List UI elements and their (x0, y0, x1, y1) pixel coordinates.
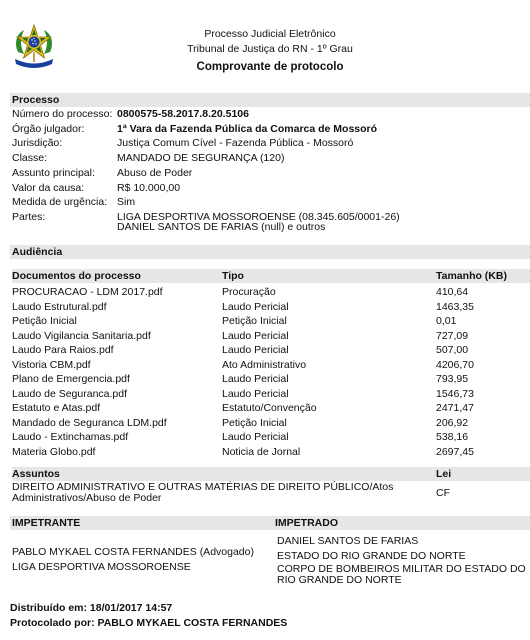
impetrante-title: IMPETRANTE (12, 516, 80, 530)
table-row: Vistoria CBM.pdfAto Administrativo4206,7… (12, 358, 530, 372)
document-type: Laudo Pericial (222, 300, 289, 314)
document-type: Laudo Pericial (222, 343, 289, 357)
impetrado-title: IMPETRADO (275, 516, 338, 530)
table-row: Plano de Emergencia.pdfLaudo Pericial793… (12, 372, 530, 386)
document-size: 727,09 (436, 329, 468, 343)
document-type: Laudo Pericial (222, 329, 289, 343)
distribuido-em: Distribuído em: 18/01/2017 14:57 (10, 601, 172, 615)
impetrado-item: DANIEL SANTOS DE FARIAS (277, 534, 418, 548)
document-size: 206,92 (436, 416, 468, 430)
table-row: Laudo de Seguranca.pdfLaudo Pericial1546… (12, 387, 530, 401)
document-size: 538,16 (436, 430, 468, 444)
col-tamanho: Tamanho (KB) (436, 269, 507, 283)
field-label: Valor da causa: (12, 181, 84, 195)
document-type: Laudo Pericial (222, 387, 289, 401)
table-row: Laudo - Extinchamas.pdfLaudo Pericial538… (12, 430, 530, 444)
field-label: Jurisdição: (12, 136, 62, 150)
field-label: Classe: (12, 151, 47, 165)
lei-value: CF (436, 486, 450, 500)
document-size: 507,00 (436, 343, 468, 357)
document-type: Petição Inicial (222, 314, 287, 328)
document-type: Procuração (222, 285, 276, 299)
impetrado-item: ESTADO DO RIO GRANDE DO NORTE (277, 549, 466, 563)
document-size: 1463,35 (436, 300, 474, 314)
document-size: 1546,73 (436, 387, 474, 401)
document-name: Materia Globo.pdf (12, 445, 95, 459)
field-value: R$ 10.000,00 (117, 181, 180, 195)
field-label: Partes: (12, 210, 45, 224)
document-size: 2471,47 (436, 401, 474, 415)
document-header: Processo Judicial Eletrônico Tribunal de… (0, 0, 530, 88)
assunto-text: DIREITO ADMINISTRATIVO E OUTRAS MATÉRIAS… (12, 482, 393, 504)
table-row: Laudo Estrutural.pdfLaudo Pericial1463,3… (12, 300, 530, 314)
document-type: Noticia de Jornal (222, 445, 300, 459)
col-lei: Lei (436, 467, 451, 481)
document-name: Laudo Estrutural.pdf (12, 300, 107, 314)
document-type: Laudo Pericial (222, 372, 289, 386)
section-processo-header: Processo (10, 93, 530, 107)
table-row: PROCURACAO - LDM 2017.pdfProcuração410,6… (12, 285, 530, 299)
document-name: PROCURACAO - LDM 2017.pdf (12, 285, 163, 299)
document-name: Laudo - Extinchamas.pdf (12, 430, 128, 444)
document-size: 2697,45 (436, 445, 474, 459)
document-size: 793,95 (436, 372, 468, 386)
partes-header: IMPETRANTE IMPETRADO (10, 516, 530, 530)
document-name: Vistoria CBM.pdf (12, 358, 91, 372)
partes-extra-value: DANIEL SANTOS DE FARIAS (null) e outros (117, 220, 325, 234)
document-size: 410,64 (436, 285, 468, 299)
impetrante-item: LIGA DESPORTIVA MOSSOROENSE (12, 560, 191, 574)
table-row: Estatuto e Atas.pdfEstatuto/Convenção247… (12, 401, 530, 415)
document-name: Laudo Vigilancia Sanitaria.pdf (12, 329, 151, 343)
table-row: Laudo Vigilancia Sanitaria.pdfLaudo Peri… (12, 329, 530, 343)
field-label: Assunto principal: (12, 166, 95, 180)
col-documentos: Documentos do processo (12, 269, 141, 283)
document-size: 4206,70 (436, 358, 474, 372)
document-type: Petição Inicial (222, 416, 287, 430)
table-row: Materia Globo.pdfNoticia de Jornal2697,4… (12, 445, 530, 459)
field-value: 1ª Vara da Fazenda Pública da Comarca de… (117, 122, 377, 136)
protocolado-por: Protocolado por: PABLO MYKAEL COSTA FERN… (10, 616, 287, 630)
table-row: Mandado de Seguranca LDM.pdfPetição Inic… (12, 416, 530, 430)
field-value: Sim (117, 195, 135, 209)
documents-table-header: Documentos do processo Tipo Tamanho (KB) (12, 269, 530, 283)
document-type: Estatuto/Convenção (222, 401, 317, 415)
assuntos-table-header: Assuntos Lei (12, 467, 530, 481)
impetrante-item: PABLO MYKAEL COSTA FERNANDES (Advogado) (12, 545, 254, 559)
field-label: Órgão julgador: (12, 122, 84, 136)
page-title: Comprovante de protocolo (10, 58, 530, 76)
system-name: Processo Judicial Eletrônico (10, 27, 530, 42)
document-name: Laudo Para Raios.pdf (12, 343, 114, 357)
document-name: Plano de Emergencia.pdf (12, 372, 130, 386)
document-type: Ato Administrativo (222, 358, 306, 372)
document-name: Petição Inicial (12, 314, 77, 328)
table-row: Petição InicialPetição Inicial0,01 (12, 314, 530, 328)
document-name: Laudo de Seguranca.pdf (12, 387, 127, 401)
col-tipo: Tipo (222, 269, 244, 283)
field-value: 0800575-58.2017.8.20.5106 (117, 107, 249, 121)
col-assuntos: Assuntos (12, 467, 60, 481)
document-name: Estatuto e Atas.pdf (12, 401, 100, 415)
document-name: Mandado de Seguranca LDM.pdf (12, 416, 167, 430)
field-value: Justiça Comum Cível - Fazenda Pública - … (117, 136, 353, 150)
field-label: Medida de urgência: (12, 195, 107, 209)
section-audiencia-header: Audiência (10, 245, 530, 259)
document-type: Laudo Pericial (222, 430, 289, 444)
impetrado-item: CORPO DE BOMBEIROS MILITAR DO ESTADO DO … (277, 564, 526, 586)
field-value: MANDADO DE SEGURANÇA (120) (117, 151, 284, 165)
court-name: Tribunal de Justiça do RN - 1º Grau (10, 42, 530, 57)
table-row: Laudo Para Raios.pdfLaudo Pericial507,00 (12, 343, 530, 357)
field-label: Número do processo: (12, 107, 112, 121)
field-value: Abuso de Poder (117, 166, 192, 180)
document-size: 0,01 (436, 314, 456, 328)
